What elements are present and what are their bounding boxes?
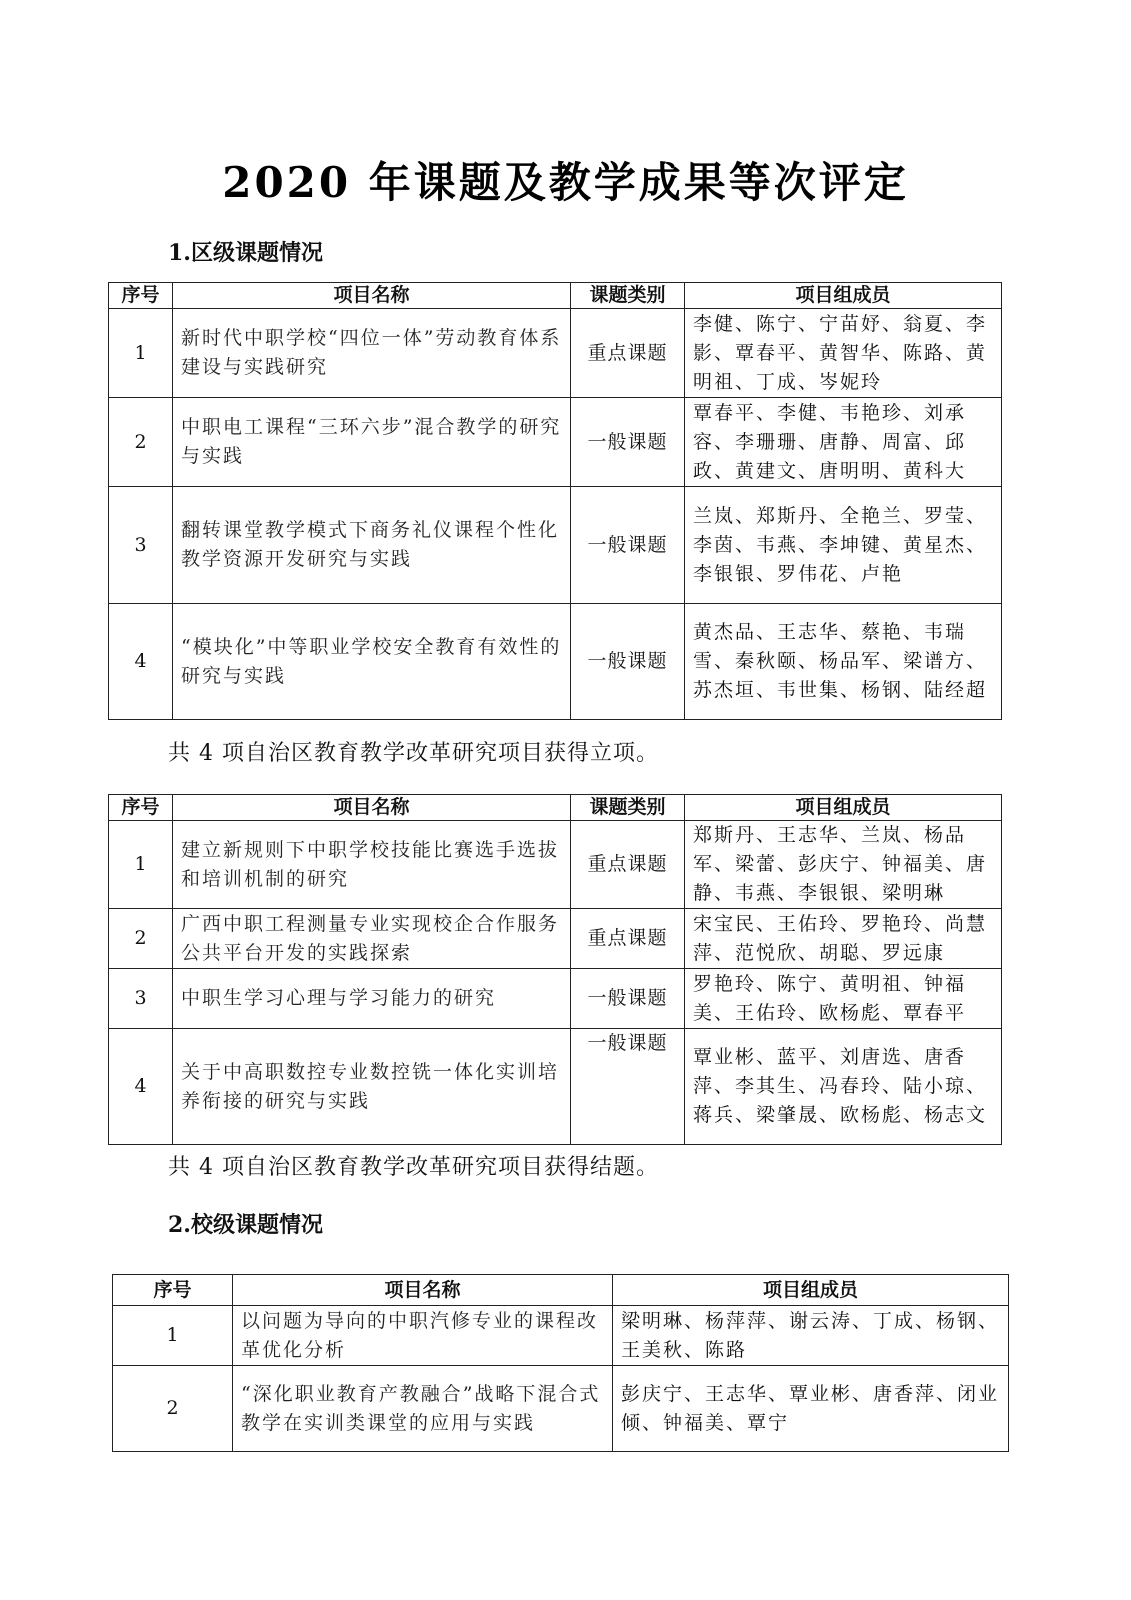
page-title: 2020 年课题及教学成果等次评定 — [0, 150, 1131, 210]
cell-members: 覃业彬、蓝平、刘唐选、唐香萍、李其生、冯春玲、陆小琼、蒋兵、梁肇晟、欧杨彪、杨志… — [685, 1029, 1002, 1145]
cell-category: 重点课题 — [571, 909, 685, 969]
cell-seq: 2 — [109, 398, 173, 487]
cell-category: 重点课题 — [571, 309, 685, 398]
cell-members: 黄杰品、王志华、蔡艳、韦瑞雪、秦秋颐、杨品军、梁谱方、苏杰垣、韦世集、杨钢、陆经… — [685, 604, 1002, 720]
table-row: 2 中职电工课程“三环六步”混合教学的研究与实践 一般课题 覃春平、李健、韦艳珍… — [109, 398, 1002, 487]
summary-approved: 共 4 项自治区教育教学改革研究项目获得立项。 — [168, 736, 659, 767]
cell-name: 建立新规则下中职学校技能比赛选手选拔和培训机制的研究 — [173, 821, 571, 909]
cell-members: 郑斯丹、王志华、兰岚、杨品军、梁蕾、彭庆宁、钟福美、唐静、韦燕、李银银、梁明琳 — [685, 821, 1002, 909]
cell-name: 以问题为导向的中职汽修专业的课程改革优化分析 — [233, 1306, 613, 1366]
cell-members: 覃春平、李健、韦艳珍、刘承容、李珊珊、唐静、周富、邱政、黄建文、唐明明、黄科大 — [685, 398, 1002, 487]
cell-category: 一般课题 — [571, 398, 685, 487]
table-row: 4 关于中高职数控专业数控铣一体化实训培养衔接的研究与实践 一般课题 覃业彬、蓝… — [109, 1029, 1002, 1145]
cell-seq: 4 — [109, 604, 173, 720]
header-members: 项目组成员 — [613, 1275, 1009, 1306]
cell-members: 兰岚、郑斯丹、全艳兰、罗莹、李茵、韦燕、李坤键、黄星杰、李银银、罗伟花、卢艳 — [685, 487, 1002, 604]
cell-members: 宋宝民、王佑玲、罗艳玲、尚慧萍、范悦欣、胡聪、罗远康 — [685, 909, 1002, 969]
table-row: 1 以问题为导向的中职汽修专业的课程改革优化分析 梁明琳、杨萍萍、谢云涛、丁成、… — [113, 1306, 1009, 1366]
table-row: 2 广西中职工程测量专业实现校企合作服务公共平台开发的实践探索 重点课题 宋宝民… — [109, 909, 1002, 969]
district-projects-completed-table: 序号 项目名称 课题类别 项目组成员 1 建立新规则下中职学校技能比赛选手选拔和… — [108, 794, 1002, 1145]
section-heading-district: 1.区级课题情况 — [168, 236, 323, 267]
cell-seq: 1 — [113, 1306, 233, 1366]
cell-name: 中职生学习心理与学习能力的研究 — [173, 969, 571, 1029]
header-members: 项目组成员 — [685, 795, 1002, 821]
cell-name: 翻转课堂教学模式下商务礼仪课程个性化教学资源开发研究与实践 — [173, 487, 571, 604]
table-header-row: 序号 项目名称 项目组成员 — [113, 1275, 1009, 1306]
table-header-row: 序号 项目名称 课题类别 项目组成员 — [109, 795, 1002, 821]
table-row: 1 新时代中职学校“四位一体”劳动教育体系建设与实践研究 重点课题 李健、陈宁、… — [109, 309, 1002, 398]
cell-seq: 3 — [109, 969, 173, 1029]
cell-seq: 2 — [109, 909, 173, 969]
header-category: 课题类别 — [571, 795, 685, 821]
header-members: 项目组成员 — [685, 283, 1002, 309]
summary-completed: 共 4 项自治区教育教学改革研究项目获得结题。 — [168, 1150, 659, 1181]
cell-name: “深化职业教育产教融合”战略下混合式教学在实训类课堂的应用与实践 — [233, 1366, 613, 1452]
table-row: 4 “模块化”中等职业学校安全教育有效性的研究与实践 一般课题 黄杰品、王志华、… — [109, 604, 1002, 720]
cell-members: 李健、陈宁、宁苗妤、翁夏、李影、覃春平、黄智华、陈路、黄明祖、丁成、岑妮玲 — [685, 309, 1002, 398]
header-seq: 序号 — [109, 795, 173, 821]
cell-category: 重点课题 — [571, 821, 685, 909]
table-row: 2 “深化职业教育产教融合”战略下混合式教学在实训类课堂的应用与实践 彭庆宁、王… — [113, 1366, 1009, 1452]
cell-name: 关于中高职数控专业数控铣一体化实训培养衔接的研究与实践 — [173, 1029, 571, 1145]
school-projects-table: 序号 项目名称 项目组成员 1 以问题为导向的中职汽修专业的课程改革优化分析 梁… — [112, 1274, 1009, 1452]
cell-seq: 1 — [109, 821, 173, 909]
table-row: 1 建立新规则下中职学校技能比赛选手选拔和培训机制的研究 重点课题 郑斯丹、王志… — [109, 821, 1002, 909]
cell-name: 中职电工课程“三环六步”混合教学的研究与实践 — [173, 398, 571, 487]
cell-seq: 2 — [113, 1366, 233, 1452]
cell-name: “模块化”中等职业学校安全教育有效性的研究与实践 — [173, 604, 571, 720]
header-category: 课题类别 — [571, 283, 685, 309]
header-name: 项目名称 — [173, 795, 571, 821]
table-row: 3 翻转课堂教学模式下商务礼仪课程个性化教学资源开发研究与实践 一般课题 兰岚、… — [109, 487, 1002, 604]
section-heading-school: 2.校级课题情况 — [168, 1208, 323, 1239]
cell-category: 一般课题 — [571, 487, 685, 604]
header-name: 项目名称 — [173, 283, 571, 309]
table-header-row: 序号 项目名称 课题类别 项目组成员 — [109, 283, 1002, 309]
cell-members: 彭庆宁、王志华、覃业彬、唐香萍、闭业倾、钟福美、覃宁 — [613, 1366, 1009, 1452]
cell-seq: 1 — [109, 309, 173, 398]
cell-name: 广西中职工程测量专业实现校企合作服务公共平台开发的实践探索 — [173, 909, 571, 969]
header-name: 项目名称 — [233, 1275, 613, 1306]
cell-category: 一般课题 — [571, 969, 685, 1029]
cell-members: 罗艳玲、陈宁、黄明祖、钟福美、王佑玲、欧杨彪、覃春平 — [685, 969, 1002, 1029]
cell-seq: 3 — [109, 487, 173, 604]
table-row: 3 中职生学习心理与学习能力的研究 一般课题 罗艳玲、陈宁、黄明祖、钟福美、王佑… — [109, 969, 1002, 1029]
header-seq: 序号 — [113, 1275, 233, 1306]
cell-category: 一般课题 — [571, 604, 685, 720]
cell-seq: 4 — [109, 1029, 173, 1145]
cell-members: 梁明琳、杨萍萍、谢云涛、丁成、杨钢、王美秋、陈路 — [613, 1306, 1009, 1366]
district-projects-approved-table: 序号 项目名称 课题类别 项目组成员 1 新时代中职学校“四位一体”劳动教育体系… — [108, 282, 1002, 720]
cell-category: 一般课题 — [571, 1029, 685, 1145]
cell-name: 新时代中职学校“四位一体”劳动教育体系建设与实践研究 — [173, 309, 571, 398]
header-seq: 序号 — [109, 283, 173, 309]
